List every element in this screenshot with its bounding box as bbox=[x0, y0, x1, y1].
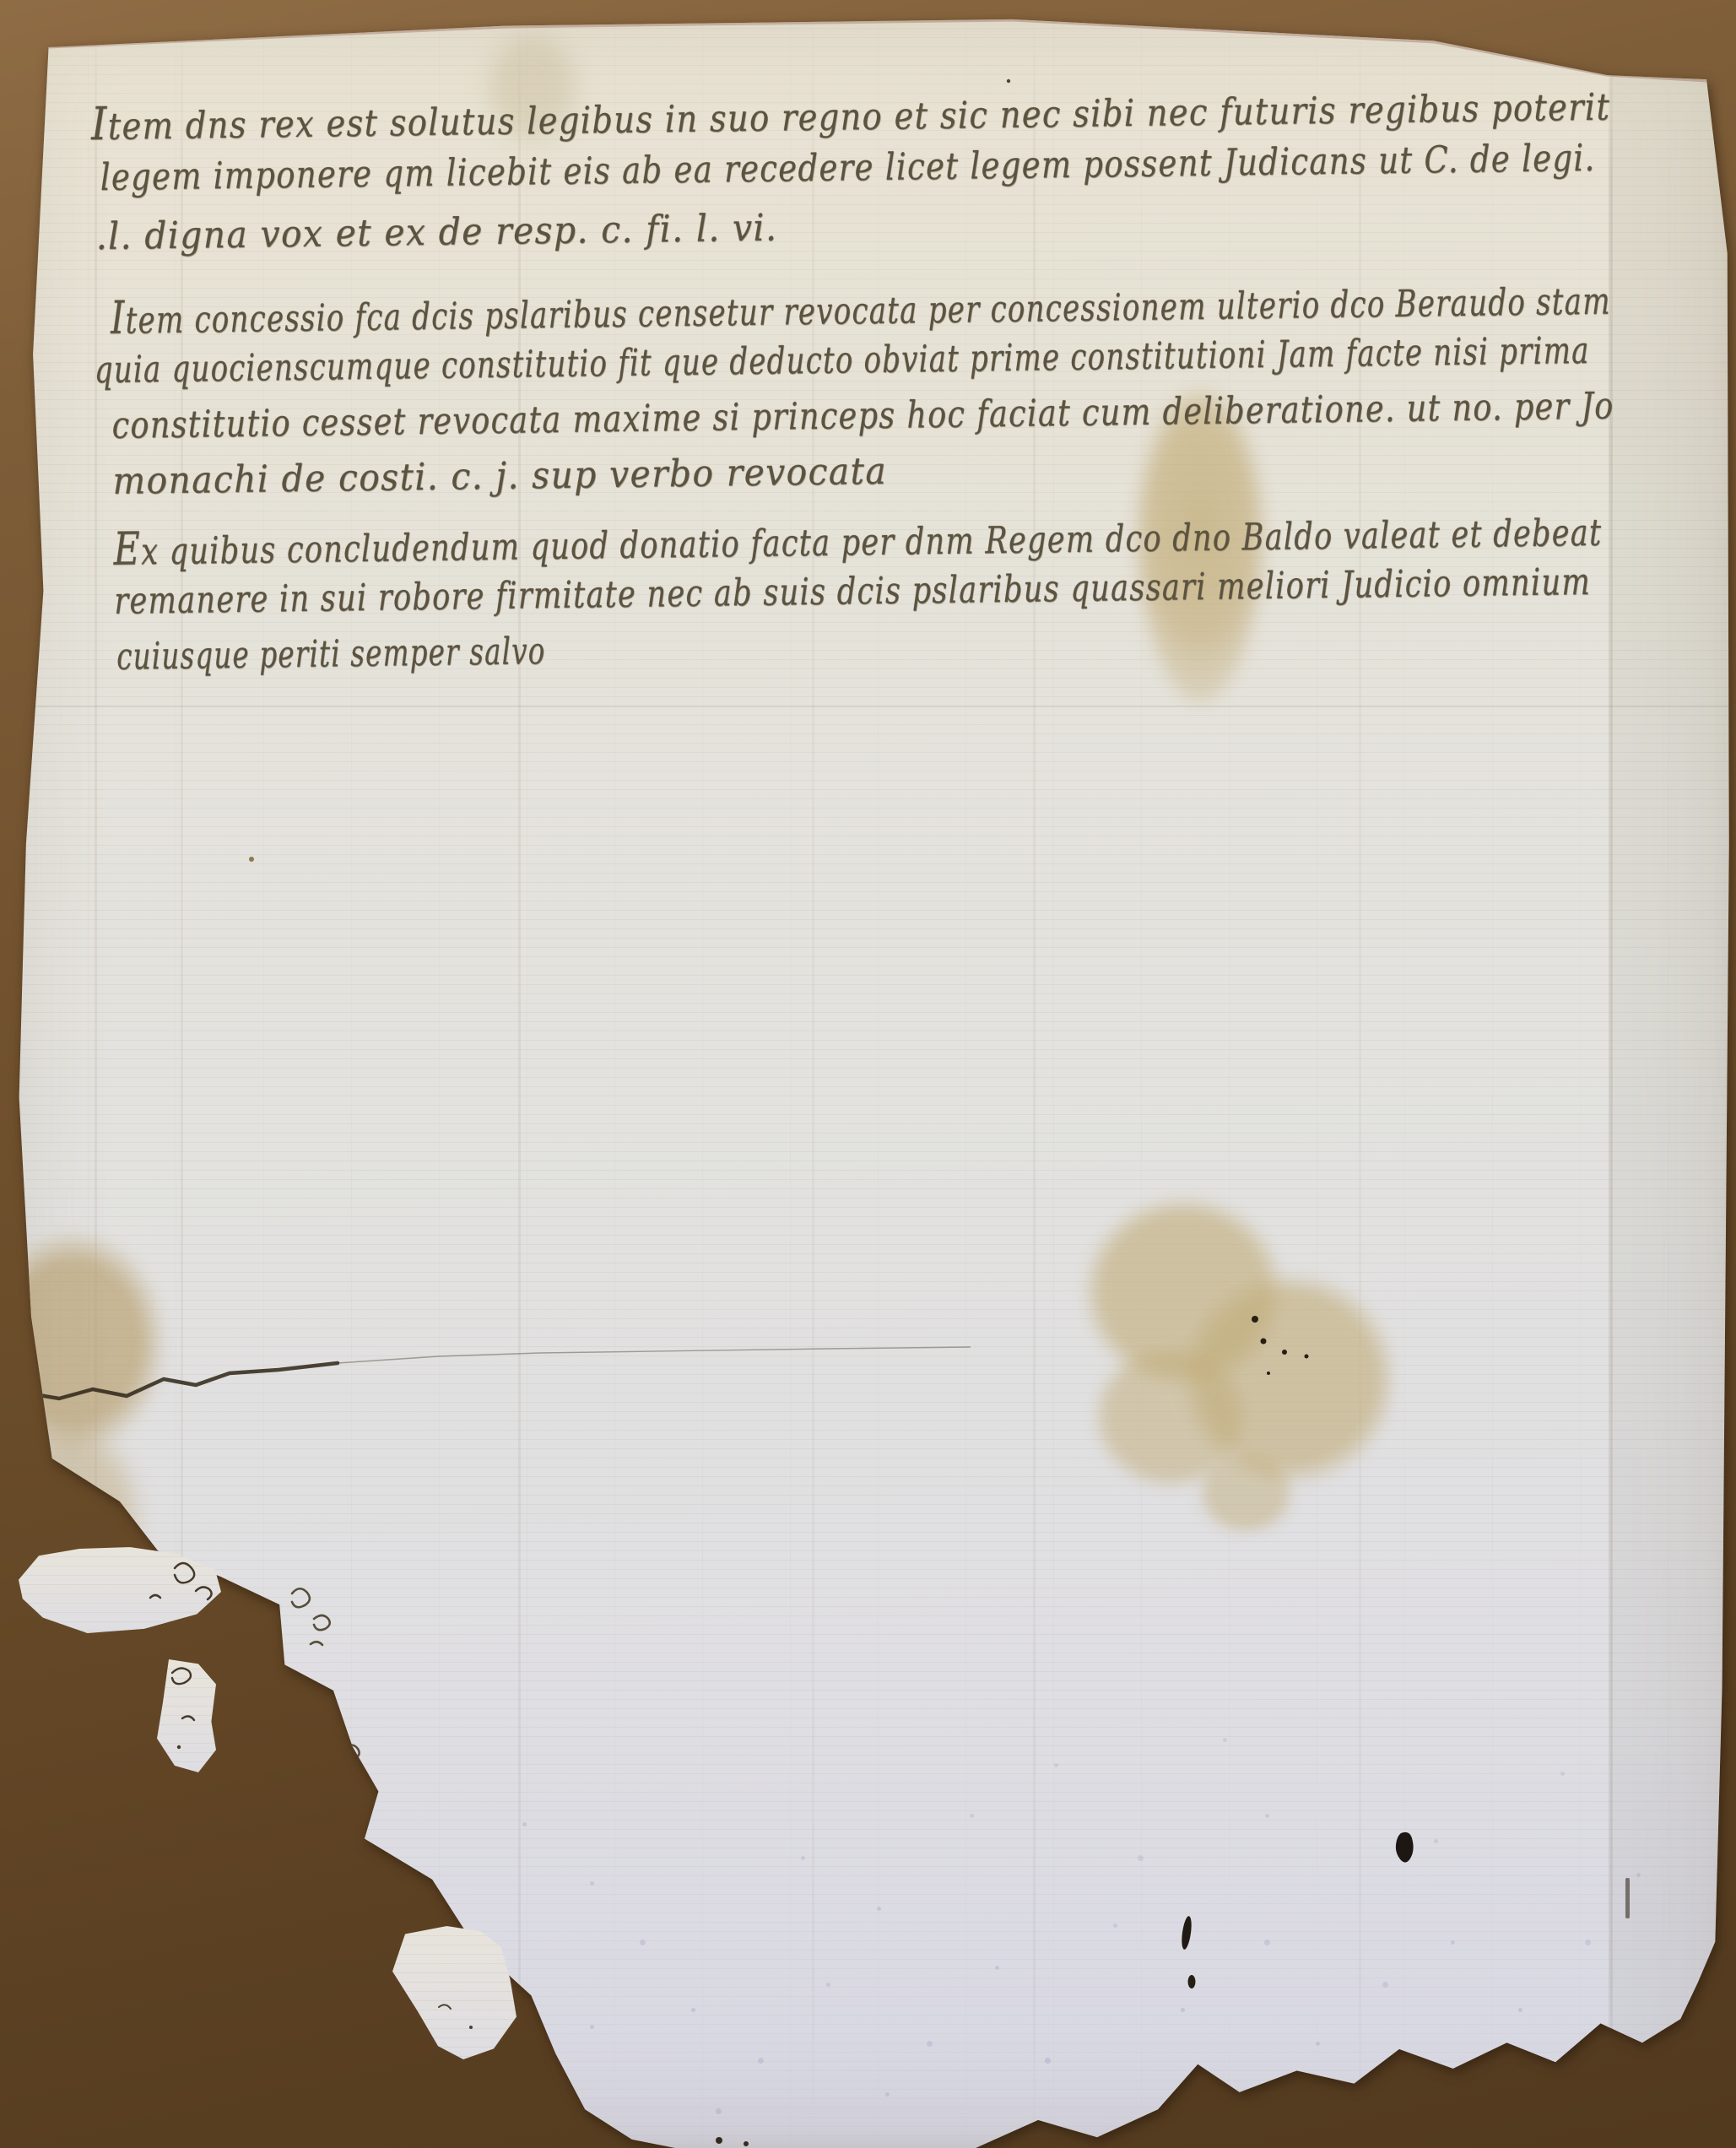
manuscript-text: Item dns rex est solutus legibus in suo … bbox=[0, 0, 1736, 2148]
manuscript-line: cuiusque periti semper salvo bbox=[116, 630, 546, 679]
manuscript-line: .l. digna vox et ex de resp. c. fi. l. v… bbox=[95, 208, 777, 259]
paper-crack-hook bbox=[32, 1413, 41, 1460]
paper-speckles bbox=[0, 0, 3, 3]
manuscript-line: monachi de costi. c. j. sup verbo revoca… bbox=[112, 451, 887, 504]
photo-scene: Item dns rex est solutus legibus in suo … bbox=[0, 0, 1736, 2148]
manuscript-paper-wrap: Item dns rex est solutus legibus in suo … bbox=[0, 0, 1736, 2148]
torn-edge-glyph bbox=[397, 1864, 408, 1868]
manuscript-paper: Item dns rex est solutus legibus in suo … bbox=[0, 0, 1736, 2148]
ink-speck bbox=[744, 2141, 749, 2146]
manuscript-line: constitutio cesset revocata maxime si pr… bbox=[111, 386, 1614, 448]
